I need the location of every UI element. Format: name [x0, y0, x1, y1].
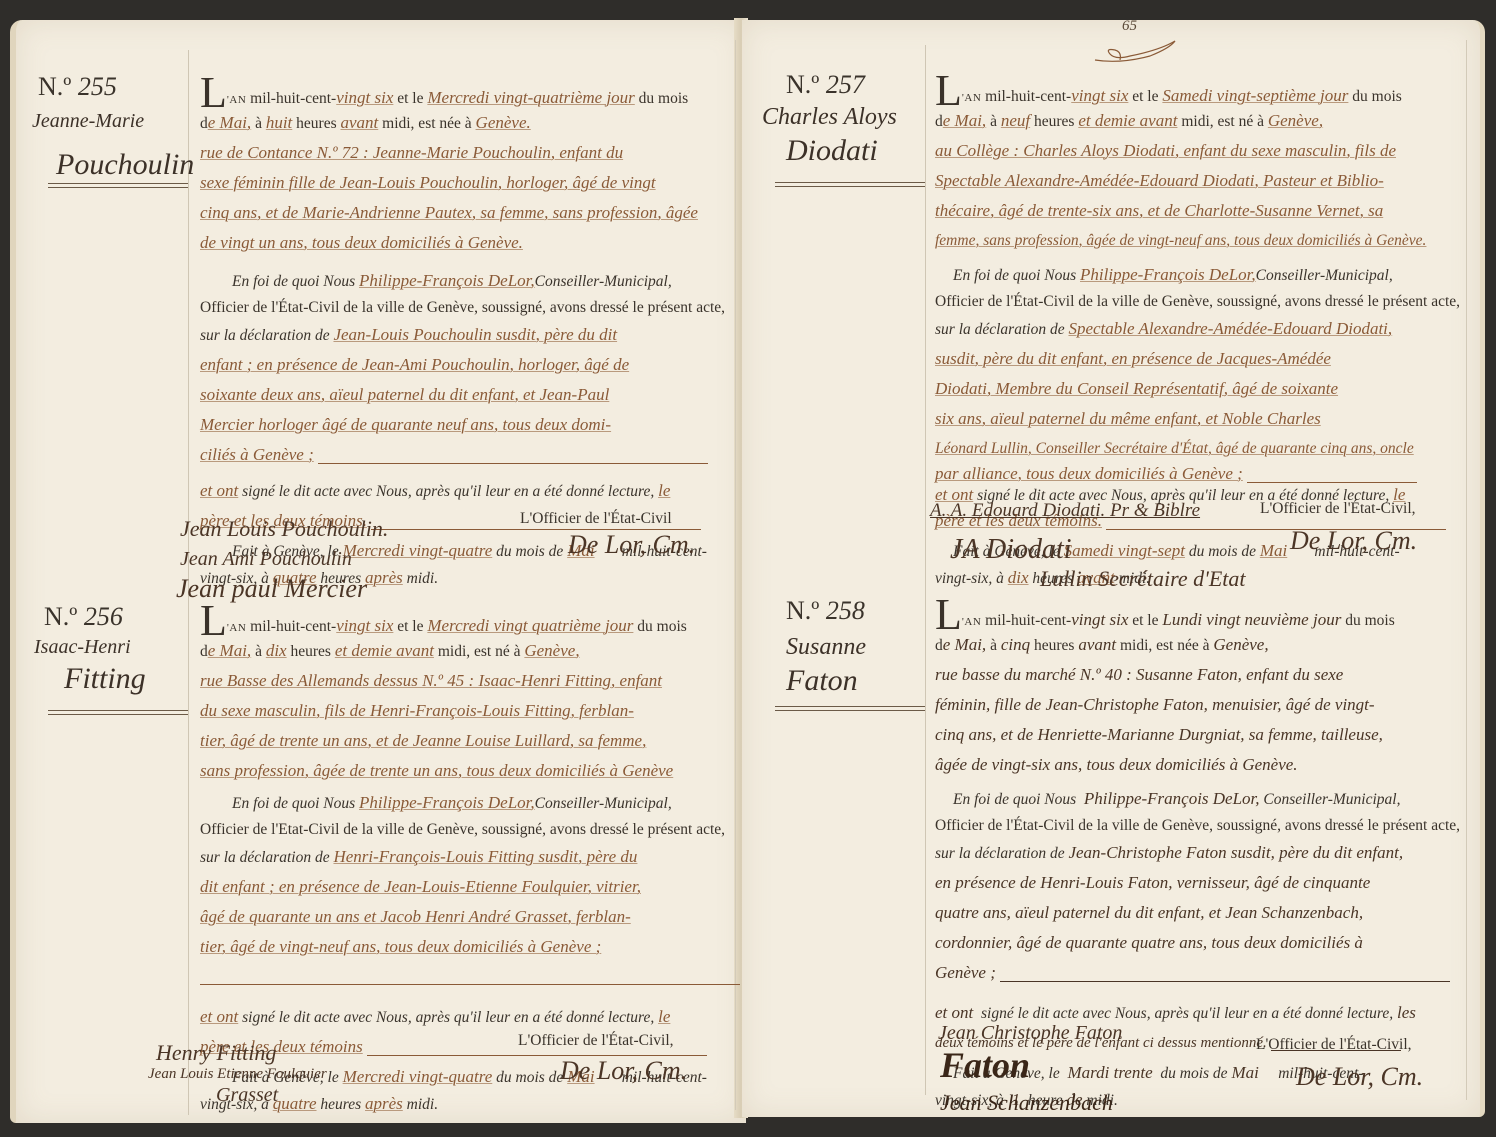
right-margin-rule	[925, 45, 926, 1095]
signature: Faton	[940, 1044, 1030, 1086]
en-foi-line: En foi de quoi Nous Philippe-François De…	[935, 784, 1465, 814]
signed-line: et ont signé le dit acte avec Nous, aprè…	[200, 1002, 740, 1032]
act-line: L'AN mil-huit-cent-vingt six et le Mercr…	[200, 606, 740, 636]
act-line: cinq ans, et de Henriette-Marianne Durgn…	[935, 720, 1465, 750]
signature: Jean Louis Pouchoulin.	[180, 516, 388, 542]
act-line: Mercier horloger âgé de quarante neuf an…	[200, 410, 740, 440]
act-number-255: N.º 255	[38, 72, 117, 102]
declaration-line: sur la déclaration de Jean-Christophe Fa…	[935, 838, 1465, 868]
signature: JA Diodati	[950, 534, 1072, 566]
act-line: de Mai, à dix heures et demie avant midi…	[200, 636, 740, 666]
name-divider	[775, 706, 925, 711]
right-page-edge-rule	[1466, 40, 1467, 1100]
officer-line: Officier de l'État-Civil de la ville de …	[200, 296, 740, 320]
name-divider	[48, 710, 188, 715]
signed-line: et ont signé le dit acte avec Nous, aprè…	[200, 476, 740, 506]
declaration-line: sur la déclaration de Spectable Alexandr…	[935, 314, 1465, 344]
act-line: susdit, père du dit enfant, en présence …	[935, 344, 1465, 374]
act-line: en présence de Henri-Louis Faton, vernis…	[935, 868, 1465, 898]
surname-255: Pouchoulin	[56, 148, 194, 182]
officer-signature: De Lor, Cm.	[1296, 1062, 1423, 1092]
en-foi-line: En foi de quoi Nous Philippe-François De…	[935, 260, 1465, 290]
act-line: rue Basse des Allemands dessus N.º 45 : …	[200, 666, 740, 696]
surname-256: Fitting	[64, 662, 146, 696]
act-line: L'AN mil-huit-cent-vingt six et le Samed…	[935, 76, 1465, 106]
act-line: Spectable Alexandre-Amédée-Edouard Dioda…	[935, 166, 1465, 196]
act-line: au Collège : Charles Aloys Diodati, enfa…	[935, 136, 1465, 166]
act-line: sans profession, âgée de trente un ans, …	[200, 756, 740, 786]
flourish-icon	[1090, 38, 1180, 68]
given-names-255: Jeanne-Marie	[32, 110, 144, 133]
act-line: six ans, aïeul paternel du même enfant, …	[935, 404, 1465, 434]
act-line: féminin, fille de Jean-Christophe Faton,…	[935, 690, 1465, 720]
page-number: 65	[1122, 18, 1137, 35]
signature: Lullin Secrétaire d'Etat	[1040, 566, 1246, 592]
act-line	[200, 962, 740, 992]
act-line: enfant ; en présence de Jean-Ami Pouchou…	[200, 350, 740, 380]
act-line: âgé de quarante un ans et Jacob Henri An…	[200, 902, 740, 932]
fait-line-2: vingt-six, à quatre heures après midi.	[200, 1092, 740, 1116]
act-line: rue de Contance N.º 72 : Jeanne-Marie Po…	[200, 138, 740, 168]
act-line: quatre ans, aïeul paternel du dit enfant…	[935, 898, 1465, 928]
signature: Jean Schanzenbach	[940, 1090, 1113, 1116]
declaration-line: sur la déclaration de Henri-François-Lou…	[200, 842, 740, 872]
act-line: de Mai, à cinq heures avant midi, est né…	[935, 630, 1465, 660]
officer-signature: De Lor, Cm.	[1290, 526, 1417, 556]
officer-label: L'Officier de l'État-Civil,	[518, 1032, 674, 1050]
surname-257: Diodati	[786, 134, 878, 168]
signature: Jean Ami Pouchoulin	[180, 548, 352, 571]
en-foi-line: En foi de quoi Nous Philippe-François De…	[200, 266, 740, 296]
act-number-257: N.º 257	[786, 70, 865, 100]
act-line: L'AN mil-huit-cent-vingt six et le Mercr…	[200, 78, 740, 108]
officer-label: L'Officier de l'État-Civil,	[1256, 1036, 1412, 1054]
act-line: âgée de vingt-six ans, tous deux domicil…	[935, 750, 1465, 780]
act-line: cordonnier, âgé de quarante quatre ans, …	[935, 928, 1465, 958]
signature: Jean Christophe Faton	[938, 1022, 1122, 1045]
act-line: de Mai, à huit heures avant midi, est né…	[200, 108, 740, 138]
officer-line: Officier de l'État-Civil de la ville de …	[935, 814, 1465, 838]
officer-signature: De Lor, Cm.	[560, 1056, 687, 1086]
signature: Jean Louis Etienne Foulquier	[148, 1066, 327, 1083]
signature: A. A. Edouard Diodati. Pr & Biblre	[930, 500, 1200, 522]
name-divider	[775, 182, 925, 187]
given-names-256: Isaac-Henri	[34, 636, 131, 659]
act-line: femme, sans profession, âgée de vingt-ne…	[935, 226, 1465, 256]
given-names-257: Charles Aloys	[762, 104, 897, 131]
act-line: tier, âgé de vingt-neuf ans, tous deux d…	[200, 932, 740, 962]
given-names-258: Susanne	[786, 634, 866, 661]
officer-line: Officier de l'État-Civil de la ville de …	[935, 290, 1465, 314]
act-line: par alliance, tous deux domiciliés à Gen…	[935, 464, 1465, 484]
en-foi-line: En foi de quoi Nous Philippe-François De…	[200, 788, 740, 818]
act-line: de Mai, à neuf heures et demie avant mid…	[935, 106, 1465, 136]
act-line: rue basse du marché N.º 40 : Susanne Fat…	[935, 660, 1465, 690]
act-line: du sexe masculin, fils de Henri-François…	[200, 696, 740, 726]
act-line: Léonard Lullin, Conseiller Secrétaire d'…	[935, 434, 1465, 464]
act-line: thécaire, âgé de trente-six ans, et de C…	[935, 196, 1465, 226]
signature: Henry Fitting	[156, 1040, 276, 1066]
act-line: L'AN mil-huit-cent-vingt six et le Lundi…	[935, 600, 1465, 630]
act-line: Diodati, Membre du Conseil Représentatif…	[935, 374, 1465, 404]
act-line: dit enfant ; en présence de Jean-Louis-E…	[200, 872, 740, 902]
act-line: de vingt un ans, tous deux domiciliés à …	[200, 228, 740, 258]
officer-signature: De Lor, Cm.	[568, 530, 695, 560]
officer-label: L'Officier de l'État-Civil,	[1260, 500, 1416, 518]
name-divider	[48, 183, 188, 188]
officer-label: L'Officier de l'État-Civil	[520, 510, 672, 528]
declaration-line: sur la déclaration de Jean-Louis Pouchou…	[200, 320, 740, 350]
signature: Grasset	[216, 1084, 278, 1107]
act-line: Genève ;	[935, 958, 1465, 988]
act-line: soixante deux ans, aïeul paternel du dit…	[200, 380, 740, 410]
act-line: ciliés à Genève ;	[200, 440, 740, 470]
act-line: sexe féminin fille de Jean-Louis Pouchou…	[200, 168, 740, 198]
officer-line: Officier de l'Etat-Civil de la ville de …	[200, 818, 740, 842]
act-line: cinq ans, et de Marie-Andrienne Pautex, …	[200, 198, 740, 228]
act-number-256: N.º 256	[44, 602, 123, 632]
act-number-258: N.º 258	[786, 596, 865, 626]
surname-258: Faton	[786, 664, 858, 698]
act-line: tier, âgé de trente un ans, et de Jeanne…	[200, 726, 740, 756]
